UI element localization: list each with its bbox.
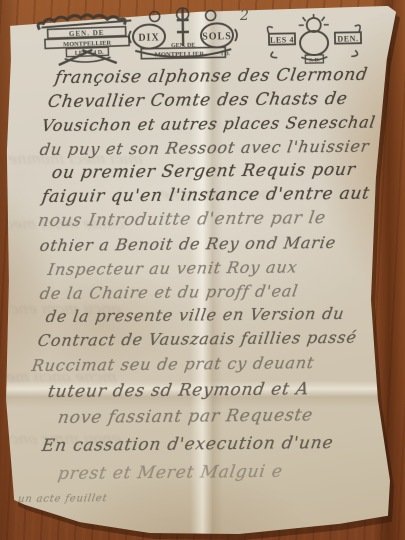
stamp-b-band1: GEN. DE <box>171 43 195 49</box>
manuscript-line: de la Chaire et du proff d'eal <box>39 281 300 303</box>
manuscript-line: prest et Meret Malgui e <box>57 462 285 484</box>
manuscript-line: Vousichon et autres places Seneschal <box>41 113 377 135</box>
manuscript-line: Inspecteur au venit Roy aux <box>47 257 299 279</box>
manuscript-line: tuteur des sd Reymond et A <box>47 379 311 402</box>
manuscript-line: Ruccimat seu de prat cy deuant <box>31 353 316 375</box>
stamp-c-right: DEN. <box>337 34 358 43</box>
manuscript-line: Contract de Vauszaais faillies passé <box>37 328 359 350</box>
manuscript-line: du puy et son Ressoot avec l'huissier <box>39 137 371 159</box>
stamp-a-band3: LES <box>75 51 87 57</box>
stamp-c-small: S. D. <box>309 58 320 63</box>
manuscript-line: françoise alphonse des Clermond <box>54 65 370 88</box>
manuscript-line: En cassation d'execution d'une <box>41 433 335 456</box>
manuscript-line: faiguir qu'en l'instance d'entre aut <box>41 184 372 207</box>
stamp-b-right: SOLS <box>202 31 232 43</box>
manuscript-line: nous Introduitte d'entre par le <box>37 208 328 231</box>
tax-stamp-quatre-deniers-icon: LES 4 DEN. S. D. <box>263 12 366 66</box>
margin-note: un acte feuillet <box>17 493 108 505</box>
stamp-b-band2: MONTPELLIER <box>155 51 205 59</box>
manuscript-line: Chevallier Comte des Chasts de <box>47 89 350 112</box>
stamp-a-band4: 4 D. <box>93 50 104 56</box>
photo-of-manuscript: GEN. DE MONTPELLIER LES 4 D. DIX SOLS GE… <box>0 0 405 540</box>
tax-stamp-dix-sols-icon: DIX SOLS GEN. DE MONTPELLIER 1 D. <box>126 5 239 67</box>
stamp-a-band1: GEN. DE <box>69 29 105 38</box>
stamp-b-left: DIX <box>138 32 160 43</box>
manuscript-line: ou premier Sergent Requis pour <box>51 160 358 183</box>
manuscript-line: nove fassiant par Requeste <box>57 405 315 428</box>
manuscript-line: de la presente ville en Version du <box>45 304 346 326</box>
stamp-c-left: LES 4 <box>270 35 294 44</box>
page-mark: 2 <box>240 8 249 24</box>
manuscript-line: othier a Benoit de Rey ond Marie <box>39 233 338 255</box>
stamp-b-small: 1 D. <box>221 51 231 57</box>
